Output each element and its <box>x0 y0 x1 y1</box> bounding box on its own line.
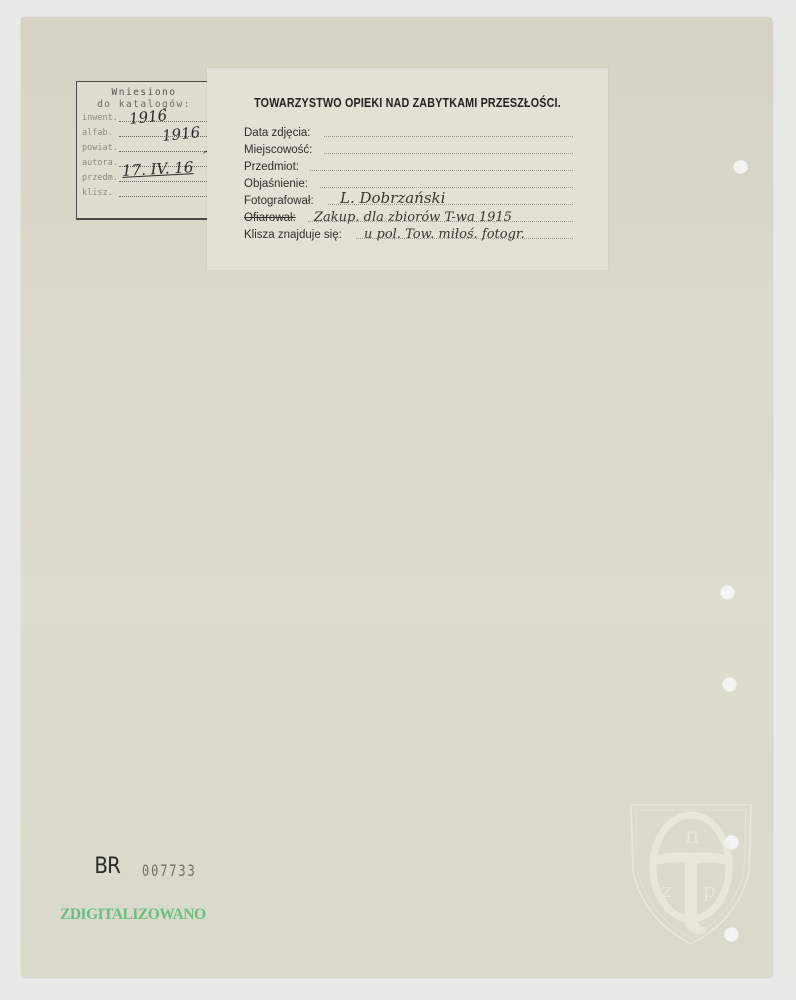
label-title: TOWARZYSTWO OPIEKI NAD ZABYTKAMI PRZESZŁ… <box>235 96 580 110</box>
catalog-stamp: Wniesiono do katalogów: inwent. alfab. p… <box>76 81 213 220</box>
donor-value: Zakup. dla zbiorów T-wa 1915 <box>314 210 512 225</box>
shield-monogram-icon: n z p <box>627 801 755 947</box>
field-przedmiot: Przedmiot: <box>244 157 573 174</box>
field-miejscowosc: Miejscowość: <box>244 140 573 157</box>
society-label: TOWARZYSTWO OPIEKI NAD ZABYTKAMI PRZESZŁ… <box>207 68 608 270</box>
field-klisza: Klisza znajduje się: u pol. Tow. miłoś. … <box>244 225 573 242</box>
stamp-row-klisz: klisz. <box>77 185 211 200</box>
stamp-value-autora: 17. IV. 16 <box>122 158 194 180</box>
punch-hole <box>733 160 748 174</box>
punch-hole <box>722 677 737 692</box>
field-ofiarowal: Ofiarował: Zakup. dla zbiorów T-wa 1915 <box>244 208 573 225</box>
punch-hole <box>720 585 735 600</box>
svg-text:p: p <box>703 878 716 902</box>
inventory-number: 007733 <box>142 861 197 880</box>
stamp-title: Wniesiono <box>77 87 211 98</box>
svg-text:n: n <box>685 824 699 849</box>
handwritten-code: BR <box>94 854 120 879</box>
photographer-value: L. Dobrzański <box>340 189 445 207</box>
svg-text:z: z <box>661 878 672 902</box>
negative-location-value: u pol. Tow. miłoś. fotogr. <box>364 227 525 242</box>
stamp-row-powiat: powiat. <box>77 140 211 155</box>
field-data-zdjecia: Data zdjęcia: <box>244 123 573 140</box>
field-fotografowal: Fotografował: L. Dobrzański <box>244 191 573 208</box>
digitized-stamp: ZDIGITALIZOWANO <box>60 906 206 924</box>
